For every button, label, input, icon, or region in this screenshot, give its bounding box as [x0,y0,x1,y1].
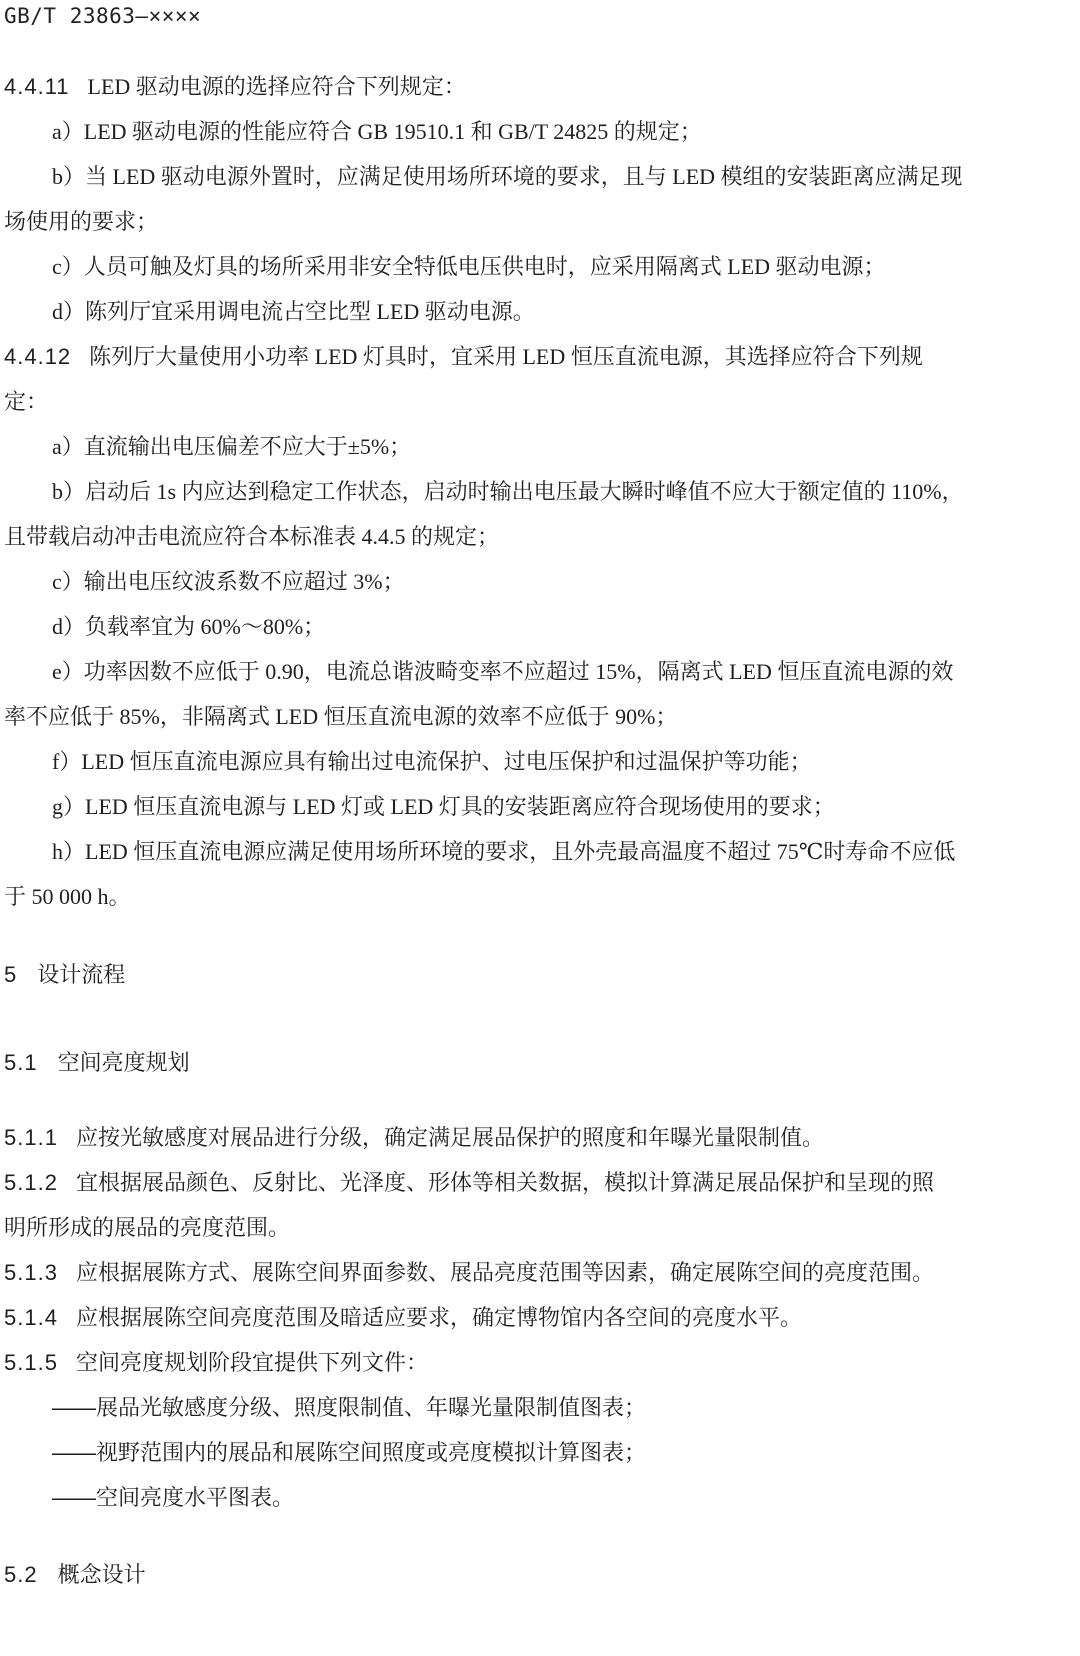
clause-number: 4.4.12 [4,342,71,372]
section-5-heading: 5设计流程 [4,960,125,990]
list-item-c: c）人员可触及灯具的场所采用非安全特低电压供电时，应采用隔离式 LED 驱动电源… [52,252,886,282]
list-item-f: f）LED 恒压直流电源应具有输出过电流保护、过电压保护和过温保护等功能； [52,747,812,777]
clause-5-1-4: 5.1.4应根据展陈空间亮度范围及暗适应要求，确定博物馆内各空间的亮度水平。 [4,1303,802,1333]
list-item-a: a）LED 驱动电源的性能应符合 GB 19510.1 和 GB/T 24825… [52,117,702,147]
clause-text: LED 驱动电源的选择应符合下列规定： [88,74,466,99]
section-5-1-heading: 5.1空间亮度规划 [4,1048,190,1078]
clause-5-1-3: 5.1.3应根据展陈方式、展陈空间界面参数、展品亮度范围等因素，确定展陈空间的亮… [4,1258,934,1288]
list-item-d: d）负载率宜为 60%～80%； [52,612,325,642]
clause-text: 应按光敏感度对展品进行分级，确定满足展品保护的照度和年曝光量限制值。 [76,1125,824,1150]
list-item-a: a）直流输出电压偏差不应大于±5%； [52,432,411,462]
list-item-b-continued: 场使用的要求； [4,207,158,237]
clause-text: 空间亮度规划阶段宜提供下列文件： [76,1350,428,1375]
clause-number: 5.1.4 [4,1303,58,1333]
list-item-b: b）当 LED 驱动电源外置时，应满足使用场所环境的要求，且与 LED 模组的安… [52,162,963,192]
section-number: 5.1 [4,1048,38,1078]
list-item-g: g）LED 恒压直流电源与 LED 灯或 LED 灯具的安装距离应符合现场使用的… [52,792,835,822]
list-item-c: c）输出电压纹波系数不应超过 3%； [52,567,405,597]
list-item-e: e）功率因数不应低于 0.90，电流总谐波畸变率不应超过 15%，隔离式 LED… [52,657,953,687]
clause-number: 5.1.3 [4,1258,58,1288]
clause-number: 5.1.2 [4,1168,58,1198]
clause-text: 应根据展陈空间亮度范围及暗适应要求，确定博物馆内各空间的亮度水平。 [76,1305,802,1330]
clause-4-4-12-heading: 4.4.12陈列厅大量使用小功率 LED 灯具时，宜采用 LED 恒压直流电源，… [4,342,923,372]
section-title: 设计流程 [37,962,125,987]
document-page: GB/T 23863—×××× 4.4.11LED 驱动电源的选择应符合下列规定… [0,0,1080,1656]
clause-5-1-1: 5.1.1应按光敏感度对展品进行分级，确定满足展品保护的照度和年曝光量限制值。 [4,1123,824,1153]
section-title: 概念设计 [58,1562,146,1587]
clause-number: 5.1.5 [4,1348,58,1378]
clause-5-1-5: 5.1.5空间亮度规划阶段宜提供下列文件： [4,1348,428,1378]
document-code-header: GB/T 23863—×××× [4,4,201,28]
clause-5-1-2-continued: 明所形成的展品的亮度范围。 [4,1213,290,1243]
deliverable-item: ——空间亮度水平图表。 [52,1483,294,1513]
deliverable-item: ——视野范围内的展品和展陈空间照度或亮度模拟计算图表； [52,1438,646,1468]
section-title: 空间亮度规划 [58,1050,190,1075]
clause-text: 应根据展陈方式、展陈空间界面参数、展品亮度范围等因素，确定展陈空间的亮度范围。 [76,1260,934,1285]
clause-text: 宜根据展品颜色、反射比、光泽度、形体等相关数据，模拟计算满足展品保护和呈现的照 [76,1170,934,1195]
clause-number: 4.4.11 [4,72,70,102]
list-item-b-continued: 且带载启动冲击电流应符合本标准表 4.4.5 的规定； [4,522,499,552]
clause-text: 陈列厅大量使用小功率 LED 灯具时，宜采用 LED 恒压直流电源，其选择应符合… [89,344,923,369]
section-5-2-heading: 5.2概念设计 [4,1560,146,1590]
clause-4-4-12-heading-continued: 定： [4,387,48,417]
clause-5-1-2: 5.1.2宜根据展品颜色、反射比、光泽度、形体等相关数据，模拟计算满足展品保护和… [4,1168,934,1198]
list-item-h-continued: 于 50 000 h。 [4,882,131,912]
clause-4-4-11-heading: 4.4.11LED 驱动电源的选择应符合下列规定： [4,72,466,102]
list-item-b: b）启动后 1s 内应达到稳定工作状态，启动时输出电压最大瞬时峰值不应大于额定值… [52,477,964,507]
clause-number: 5.1.1 [4,1123,58,1153]
section-number: 5 [4,960,17,990]
section-number: 5.2 [4,1560,38,1590]
list-item-e-continued: 率不应低于 85%，非隔离式 LED 恒压直流电源的效率不应低于 90%； [4,702,677,732]
list-item-d: d）陈列厅宜采用调电流占空比型 LED 驱动电源。 [52,297,535,327]
deliverable-item: ——展品光敏感度分级、照度限制值、年曝光量限制值图表； [52,1393,646,1423]
list-item-h: h）LED 恒压直流电源应满足使用场所环境的要求，且外壳最高温度不超过 75℃时… [52,837,955,867]
